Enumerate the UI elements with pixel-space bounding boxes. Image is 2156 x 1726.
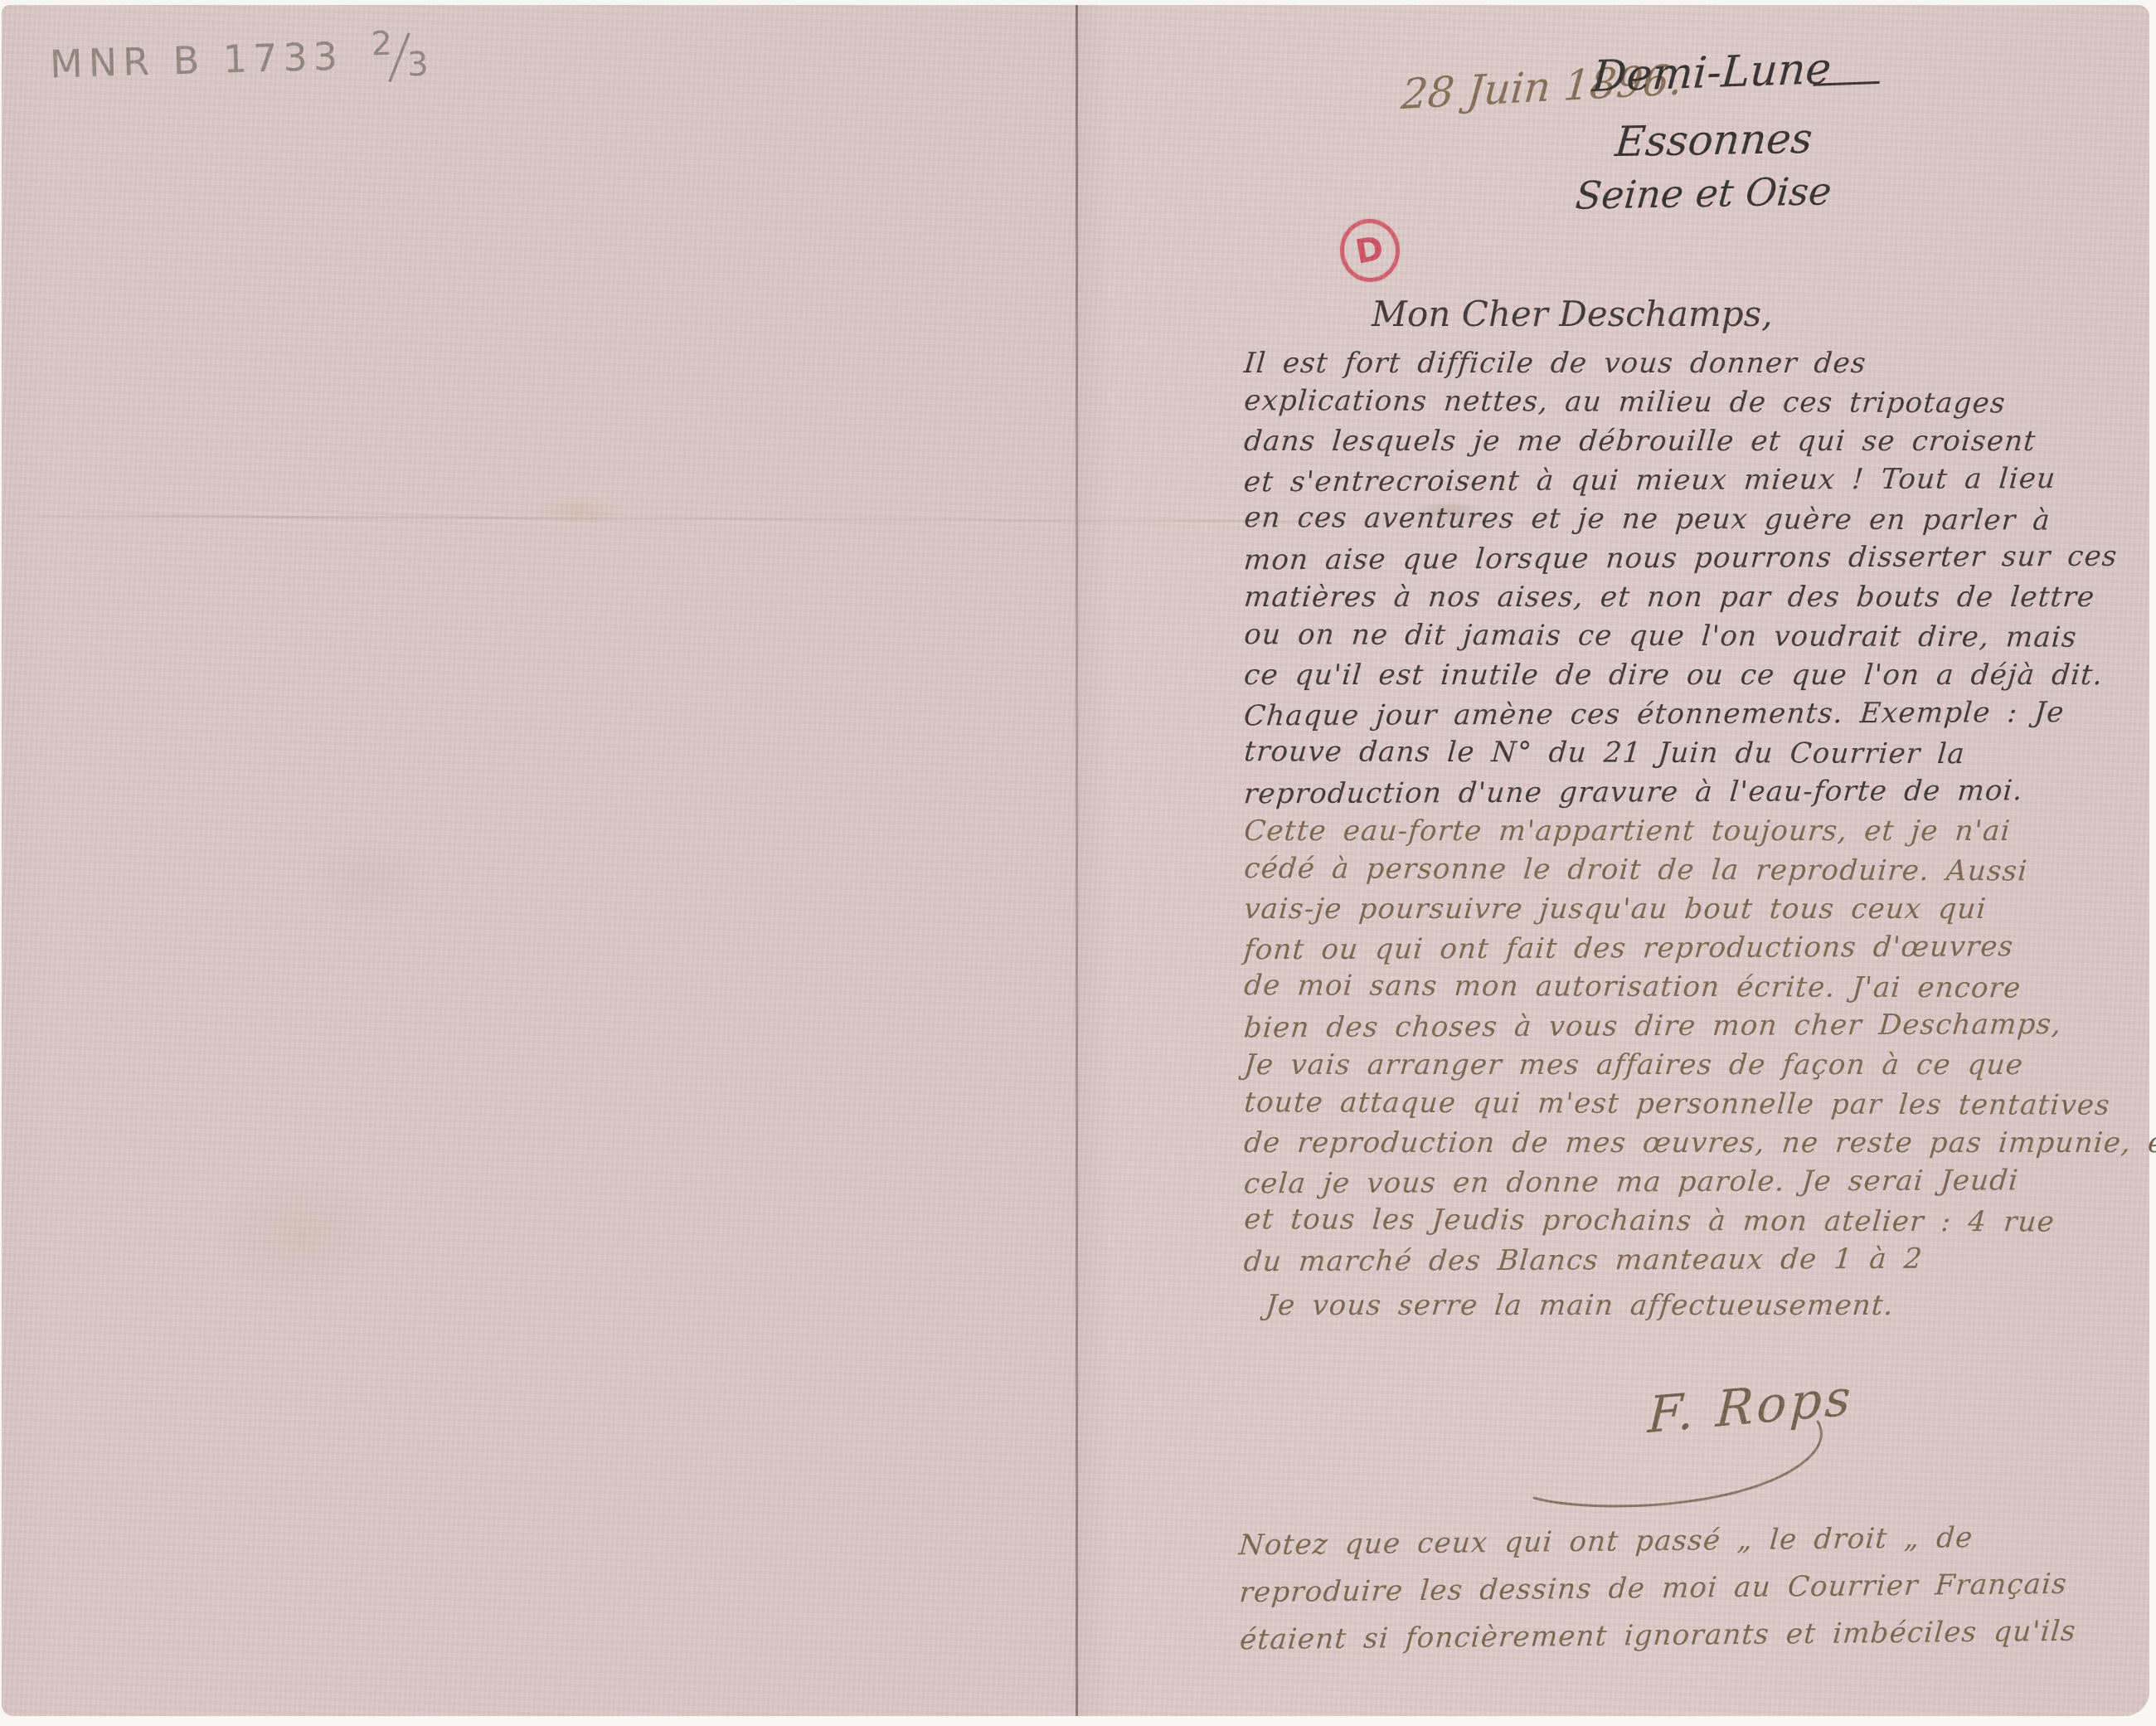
postscript-line: Notez que ceux qui ont passé „ le droit …	[1236, 1520, 2076, 1577]
center-fold-crease	[1076, 5, 1078, 1716]
letter-line: explications nettes, au milieu de ces tr…	[1242, 384, 2134, 426]
letter-line: vais-je poursuivre jusqu'au bout tous ce…	[1242, 892, 2134, 931]
signature-flourish	[1519, 1415, 1950, 1523]
dateline-town: Essonnes	[1613, 114, 1814, 166]
letter-line: trouve dans le N° du 21 Juin du Courrier…	[1242, 735, 2134, 777]
letter-line: reproduction d'une gravure à l'eau-forte…	[1242, 774, 2134, 817]
letter-line: font ou qui ont fait des reproductions d…	[1242, 930, 2134, 973]
letter-line: Il est fort difficile de vous donner des	[1242, 347, 2134, 386]
letter-line: matières à nos aises, et non par des bou…	[1242, 581, 2134, 620]
letter-page-left	[2, 5, 1076, 1716]
postscript-line: étaient si foncièrement ignorants et imb…	[1237, 1615, 2077, 1671]
letter-line: ce qu'il est inutile de dire ou ce que l…	[1242, 659, 2134, 698]
sheet-fraction: 2/3	[371, 32, 429, 78]
letter-line: ou on ne dit jamais ce que l'on voudrait…	[1242, 618, 2134, 660]
archive-number: MNR B 1733	[49, 33, 343, 86]
letter-line: en ces aventures et je ne peux guère en …	[1242, 501, 2134, 543]
letter-line: et s'entrecroisent à qui mieux mieux ! T…	[1242, 462, 2134, 505]
letter-line: cédé à personne le droit de la reproduir…	[1242, 852, 2134, 894]
paper-sheet: MNR B 17332/3 28 Juin 1896. Demi-Lune Es…	[2, 5, 2149, 1716]
letter-line: cela je vous en donne ma parole. Je sera…	[1242, 1164, 2134, 1207]
dateline-place: Demi-Lune	[1590, 44, 1833, 102]
stamp-letter: D	[1353, 229, 1387, 271]
letter-line: et tous les Jeudis prochains à mon ateli…	[1242, 1203, 2134, 1245]
postscript-line: reproduire les dessins de moi au Courrie…	[1237, 1568, 2077, 1624]
postscript: Notez que ceux qui ont passé „ le droit …	[1238, 1520, 2076, 1671]
letter-body: Il est fort difficile de vous donner des…	[1244, 347, 2133, 1328]
letter-line: Cette eau-forte m'appartient toujours, e…	[1242, 814, 2134, 853]
letter-line: de reproduction de mes œuvres, ne reste …	[1242, 1126, 2134, 1165]
salutation: Mon Cher Deschamps,	[1372, 294, 1772, 334]
letter-line: dans lesquels je me débrouille et qui se…	[1242, 425, 2134, 464]
letter-line: toute attaque qui m'est personnelle par …	[1242, 1086, 2134, 1128]
letter-line: Je vais arranger mes affaires de façon à…	[1242, 1048, 2134, 1087]
dateline-department: Seine et Oise	[1574, 168, 1833, 217]
letter-line: mon aise que lorsque nous pourrons disse…	[1242, 540, 2134, 583]
letter-line: du marché des Blancs manteaux de 1 à 2	[1242, 1242, 2134, 1285]
letter-line: Je vous serre la main affectueusement.	[1242, 1289, 2134, 1328]
scanned-letter: MNR B 17332/3 28 Juin 1896. Demi-Lune Es…	[0, 0, 2156, 1726]
letter-line: bien des choses à vous dire mon cher Des…	[1242, 1008, 2134, 1051]
letter-line: de moi sans mon autorisation écrite. J'a…	[1242, 969, 2134, 1011]
letter-line: Chaque jour amène ces étonnements. Exemp…	[1242, 696, 2134, 739]
